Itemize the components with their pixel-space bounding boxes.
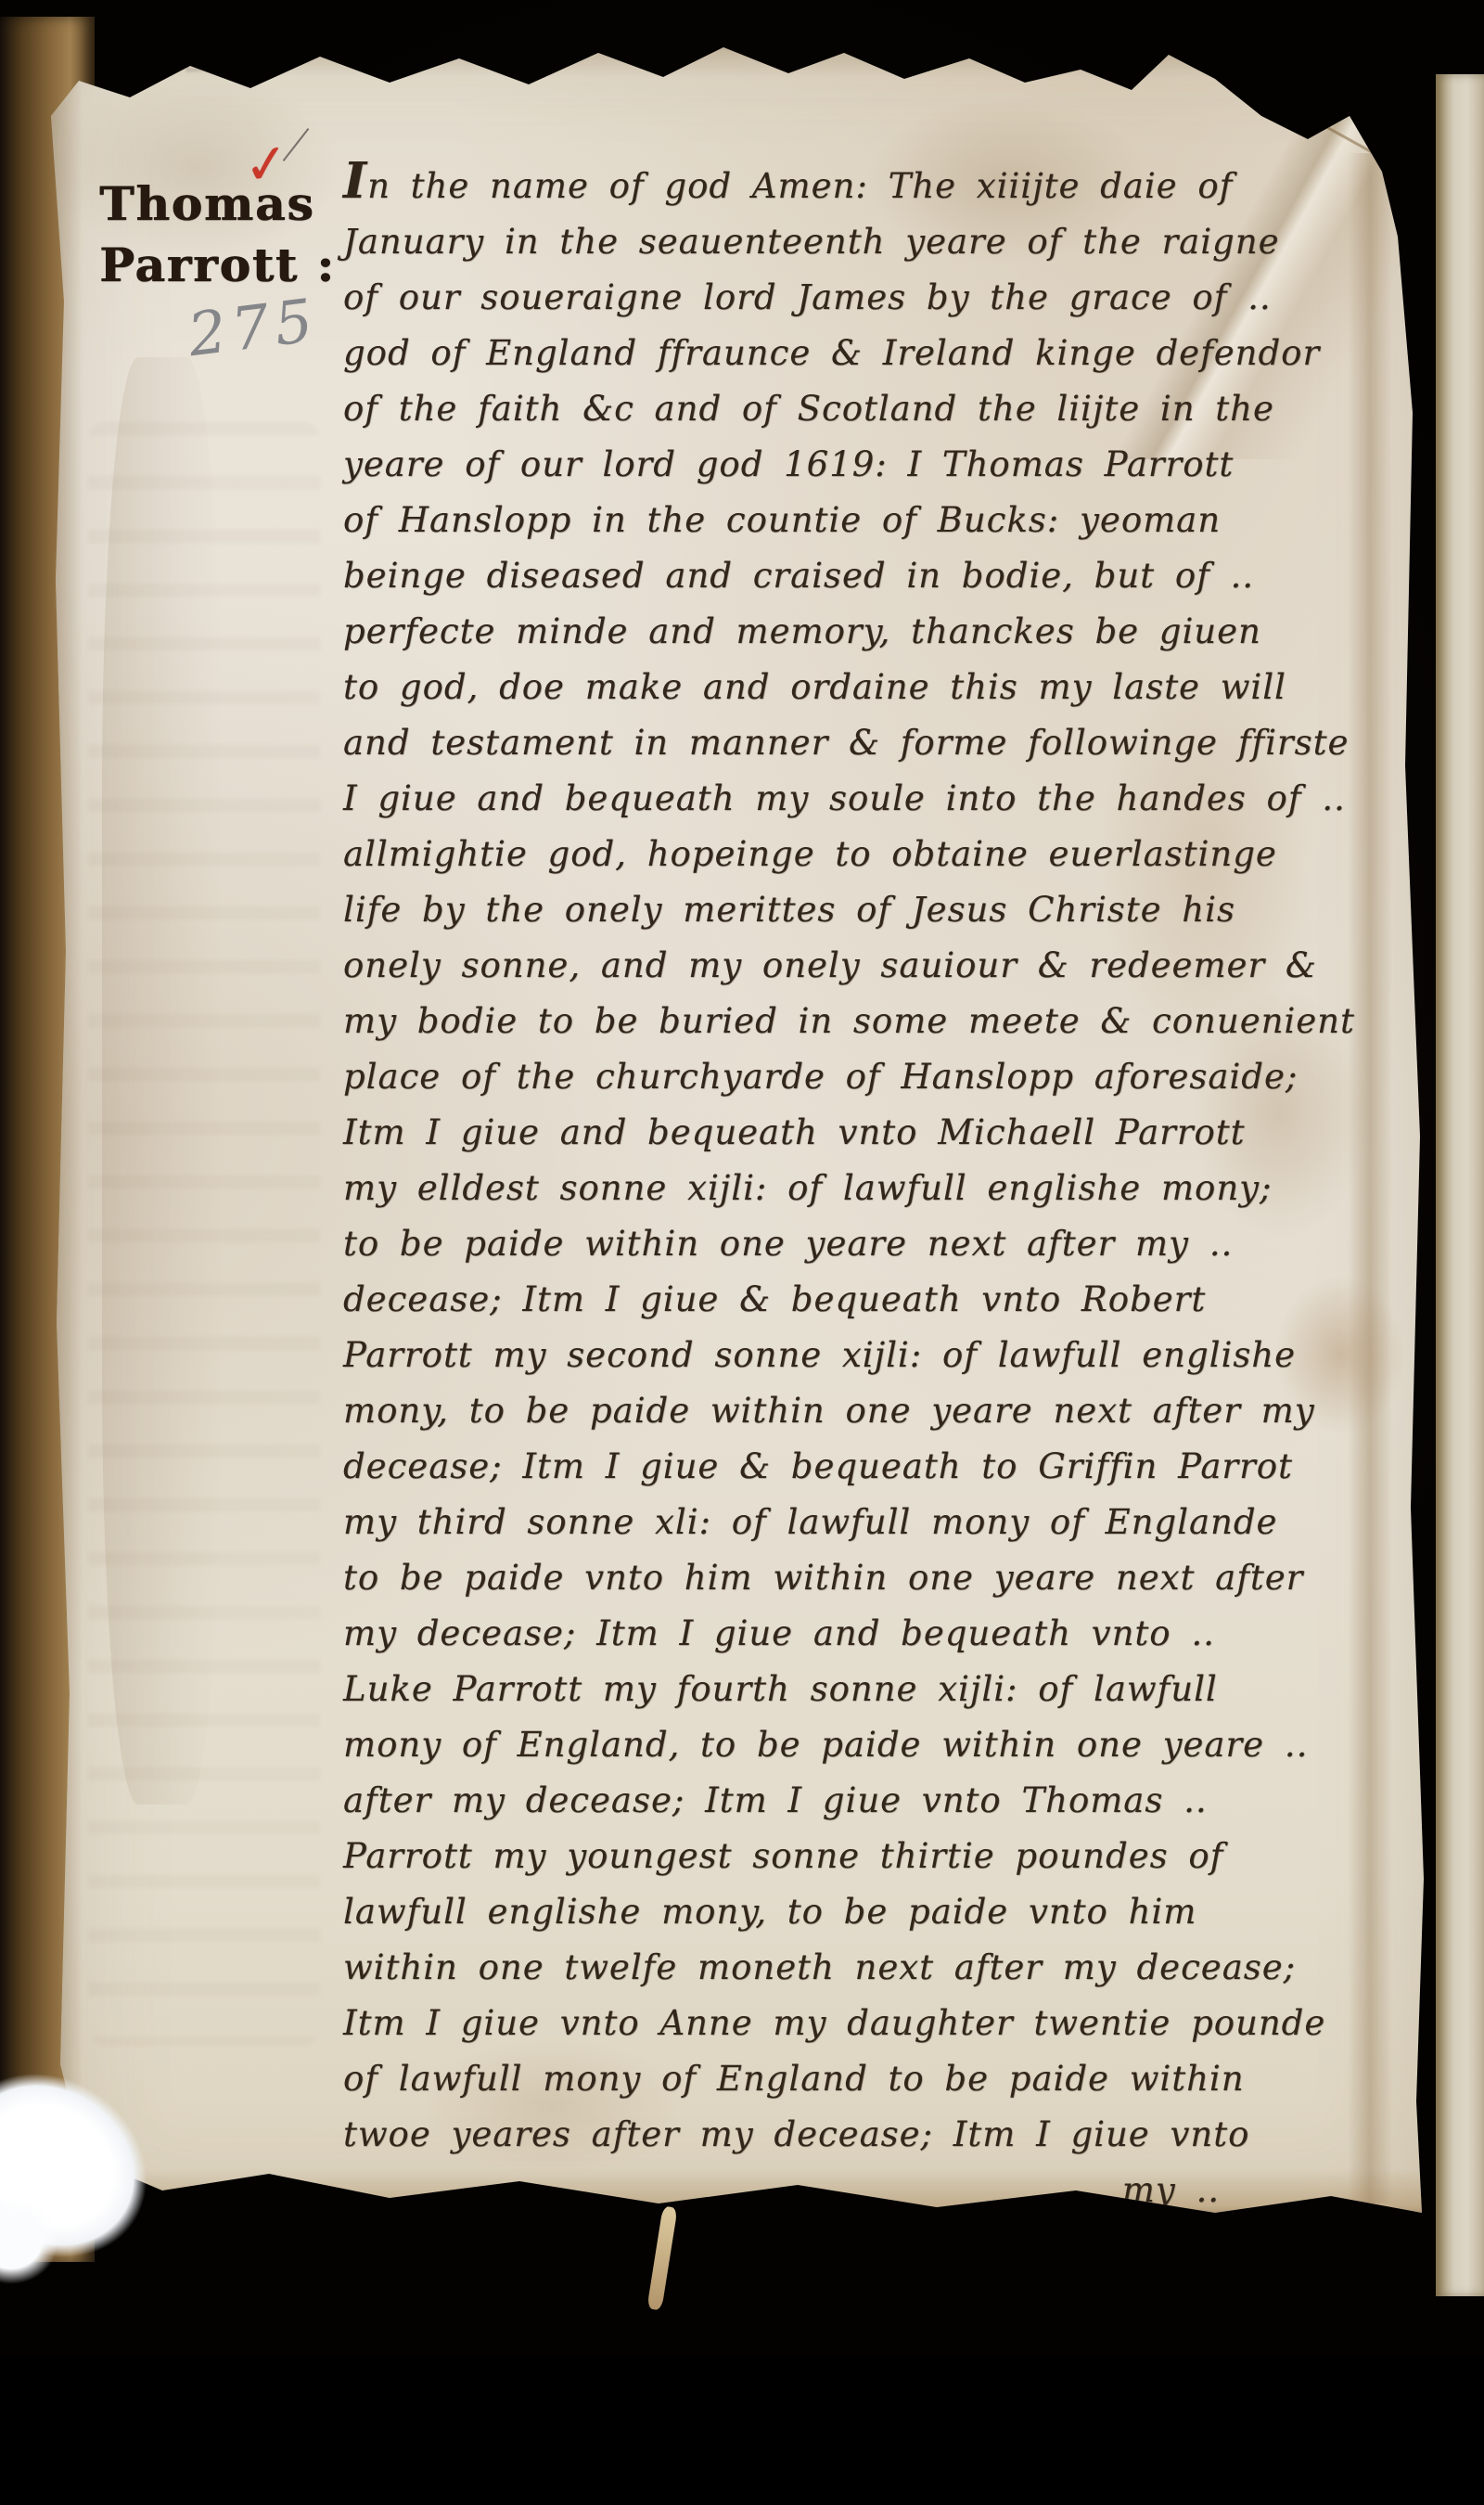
pencil-folio-number: 275 (185, 287, 322, 371)
manuscript-page: 200 ✓ Thomas Parrott : 275 In the name o… (51, 23, 1438, 2236)
text-line: of lawfull mony of England to be paide w… (343, 2051, 1419, 2107)
text-line: onely sonne, and my onely sauiour & rede… (343, 938, 1419, 994)
text-line: to be paide within one yeare next after … (343, 1216, 1419, 1272)
text-line: place of the churchyarde of Hanslopp afo… (343, 1049, 1419, 1105)
text-line: my decease; Itm I giue and bequeath vnto… (343, 1606, 1419, 1662)
text-line: within one twelfe moneth next after my d… (343, 1940, 1419, 1996)
text-line: my bodie to be buried in some meete & co… (343, 994, 1419, 1049)
next-leaf-fore-edge (1436, 74, 1484, 2296)
text-line: twoe yeares after my decease; Itm I giue… (343, 2107, 1419, 2163)
text-line: and testament in manner & forme followin… (343, 715, 1419, 771)
manuscript-photo: 200 ✓ Thomas Parrott : 275 In the name o… (0, 0, 1484, 2505)
text-line: Itm I giue and bequeath vnto Michaell Pa… (343, 1105, 1419, 1161)
text-line: life by the onely merittes of Jesus Chri… (343, 882, 1419, 938)
text-line: In the name of god Amen: The xiiijte dai… (343, 153, 1419, 214)
margin-heading-line2: Parrott : (99, 235, 377, 296)
text-line: mony, to be paide within one yeare next … (343, 1383, 1419, 1439)
text-line: Itm I giue vnto Anne my daughter twentie… (343, 1996, 1419, 2051)
text-line: lawfull englishe mony, to be paide vnto … (343, 1884, 1419, 1940)
verso-showthrough-texture (88, 422, 320, 2046)
text-line: decease; Itm I giue & bequeath to Griffi… (343, 1439, 1419, 1495)
text-line: perfecte minde and memory, thanckes be g… (343, 604, 1419, 660)
text-line: beinge diseased and craised in bodie, bu… (343, 548, 1419, 604)
text-line: decease; Itm I giue & bequeath vnto Robe… (343, 1272, 1419, 1328)
text-line: of our soueraigne lord James by the grac… (343, 270, 1419, 326)
text-line: my third sonne xli: of lawfull mony of E… (343, 1495, 1419, 1550)
text-line: my elldest sonne xijli: of lawfull engli… (343, 1161, 1419, 1216)
text-line: mony of England, to be paide within one … (343, 1717, 1419, 1773)
text-line: god of England ffraunce & Ireland kinge … (343, 326, 1419, 381)
text-line: yeare of our lord god 1619: I Thomas Par… (343, 437, 1419, 493)
text-line: to god, doe make and ordaine this my las… (343, 660, 1419, 715)
text-line: of the faith &c and of Scotland the liij… (343, 381, 1419, 437)
text-line: Parrott my youngest sonne thirtie pounde… (343, 1829, 1419, 1884)
text-line: allmightie god, hopeinge to obtaine euer… (343, 827, 1419, 882)
text-line: January in the seauenteenth yeare of the… (343, 214, 1419, 270)
text-line: to be paide vnto him within one yeare ne… (343, 1550, 1419, 1606)
manuscript-text-block: In the name of god Amen: The xiiijte dai… (343, 153, 1419, 2218)
text-line: of Hanslopp in the countie of Bucks: yeo… (343, 493, 1419, 548)
text-line: after my decease; Itm I giue vnto Thomas… (343, 1773, 1419, 1829)
margin-heading-line1: Thomas (99, 173, 377, 235)
margin-heading: Thomas Parrott : (99, 173, 377, 296)
text-line: Parrott my second sonne xijli: of lawful… (343, 1328, 1419, 1383)
text-line: I giue and bequeath my soule into the ha… (343, 771, 1419, 827)
text-line: Luke Parrott my fourth sonne xijli: of l… (343, 1662, 1419, 1717)
